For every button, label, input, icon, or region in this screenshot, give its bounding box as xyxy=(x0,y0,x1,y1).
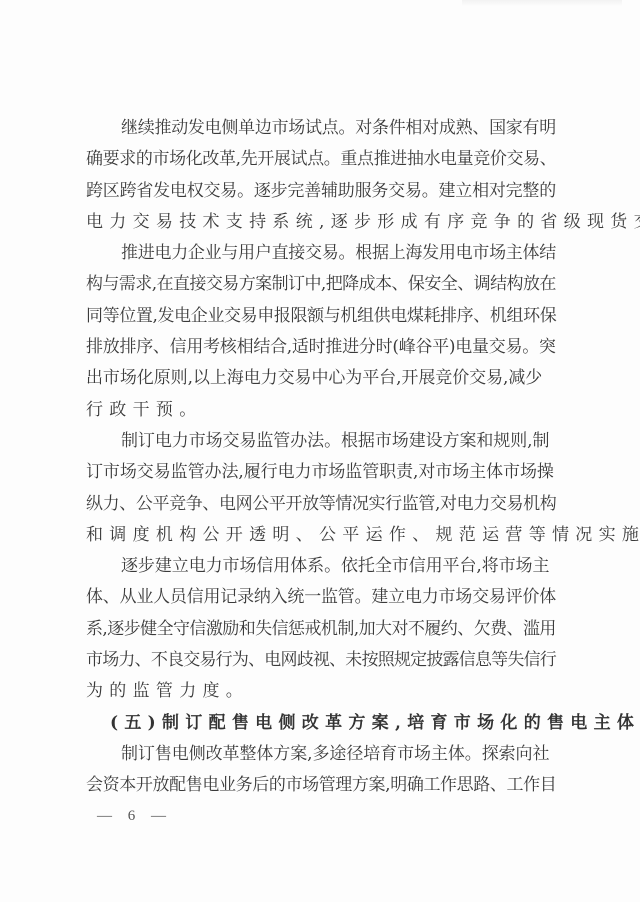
text-line: 出市场化原则,以上海电力交易中心为平台,开展竞价交易,减少 xyxy=(86,363,558,394)
text-line: 同等位置,发电企业交易申报限额与机组供电煤耗排序、机组环保 xyxy=(86,301,558,332)
text-line: 会资本开放配售电业务后的市场管理方案,明确工作思路、工作目 xyxy=(86,770,558,801)
text-line: 和调度机构公开透明、公平运作、规范运营等情况实施监管。 xyxy=(86,520,558,551)
text-line: 系,逐步健全守信激励和失信惩戒机制,加大对不履约、欠费、滥用 xyxy=(86,614,558,645)
text-line: 确要求的市场化改革,先开展试点。重点推进抽水电量竞价交易、 xyxy=(86,144,558,175)
body-text: 继续推动发电侧单边市场试点。对条件相对成熟、国家有明 确要求的市场化改革,先开展… xyxy=(86,113,558,802)
text-line: 继续推动发电侧单边市场试点。对条件相对成熟、国家有明 xyxy=(86,113,558,144)
text-line: 逐步建立电力市场信用体系。依托全市信用平台,将市场主 xyxy=(86,551,558,582)
document-page: 继续推动发电侧单边市场试点。对条件相对成熟、国家有明 确要求的市场化改革,先开展… xyxy=(0,0,640,902)
text-line: 跨区跨省发电权交易。逐步完善辅助服务交易。建立相对完整的 xyxy=(86,176,558,207)
text-line: 纵力、公平竞争、电网公平开放等情况实行监管,对电力交易机构 xyxy=(86,489,558,520)
text-line: 推进电力企业与用户直接交易。根据上海发用电市场主体结 xyxy=(86,238,558,269)
paragraph-retail-reform: 制订售电侧改革整体方案,多途径培育市场主体。探索向社 会资本开放配售电业务后的市… xyxy=(86,739,558,802)
text-line: 为的监管力度。 xyxy=(86,676,558,707)
page-number: — 6 — xyxy=(97,808,172,825)
scan-artifact xyxy=(462,0,622,6)
paragraph-supervision: 制订电力市场交易监管办法。根据市场建设方案和规则,制 订市场交易监管办法,履行电… xyxy=(86,426,558,551)
text-line: 制订电力市场交易监管办法。根据市场建设方案和规则,制 xyxy=(86,426,558,457)
text-line: 构与需求,在直接交易方案制订中,把降成本、保安全、调结构放在 xyxy=(86,269,558,300)
paragraph-direct-trading: 推进电力企业与用户直接交易。根据上海发用电市场主体结 构与需求,在直接交易方案制… xyxy=(86,238,558,426)
section-heading-text: (五)制订配售电侧改革方案,培育市场化的售电主体 xyxy=(86,708,558,739)
text-line: 订市场交易监管办法,履行电力市场监管职责,对市场主体市场操 xyxy=(86,457,558,488)
text-line: 制订售电侧改革整体方案,多途径培育市场主体。探索向社 xyxy=(86,739,558,770)
text-line: 行政干预。 xyxy=(86,395,558,426)
section-heading: (五)制订配售电侧改革方案,培育市场化的售电主体 xyxy=(86,708,558,739)
paragraph-pilot-market: 继续推动发电侧单边市场试点。对条件相对成熟、国家有明 确要求的市场化改革,先开展… xyxy=(86,113,558,238)
text-line: 体、从业人员信用记录纳入统一监管。建立电力市场交易评价体 xyxy=(86,582,558,613)
paragraph-credit-system: 逐步建立电力市场信用体系。依托全市信用平台,将市场主 体、从业人员信用记录纳入统… xyxy=(86,551,558,707)
text-line: 市场力、不良交易行为、电网歧视、未按照规定披露信息等失信行 xyxy=(86,645,558,676)
text-line: 排放排序、信用考核相结合,适时推进分时(峰谷平)电量交易。突 xyxy=(86,332,558,363)
text-line: 电力交易技术支持系统,逐步形成有序竞争的省级现货交易机制。 xyxy=(86,207,558,238)
